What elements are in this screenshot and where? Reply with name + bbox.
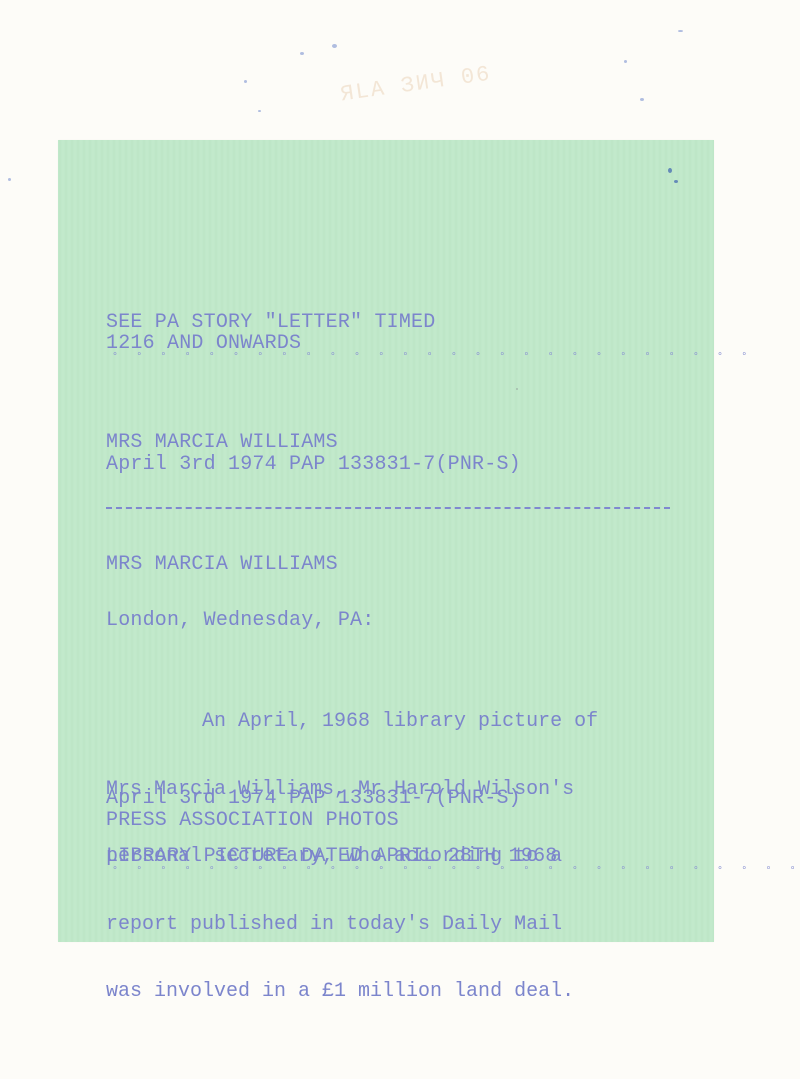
ink-speck: [678, 30, 683, 32]
caption-body-line: An April, 1968 library picture of: [106, 711, 598, 734]
header-line-1: SEE PA STORY "LETTER" TIMED: [106, 312, 435, 334]
library-note: LIBRARY PICTURE DATED APRIL 28TH 1968: [106, 846, 557, 868]
ink-speck: [674, 180, 678, 183]
caption-slip: SEE PA STORY "LETTER" TIMED 1216 AND ONW…: [58, 140, 714, 942]
header-dots-divider: ° ° ° ° ° ° ° ° ° ° ° ° ° ° ° ° ° ° ° ° …: [112, 352, 753, 363]
caption-body-line: was involved in a £1 million land deal.: [106, 981, 598, 1004]
caption-dateline: London, Wednesday, PA:: [106, 610, 374, 632]
caption-reference: April 3rd 1974 PAP 133831-7(PNR-S): [106, 788, 521, 810]
ink-speck: [244, 80, 247, 83]
ink-speck: [300, 52, 304, 55]
agency-credit: PRESS ASSOCIATION PHOTOS: [106, 810, 399, 832]
ink-speck: [640, 98, 644, 101]
footer-dots-divider: ° ° ° ° ° ° ° ° ° ° ° ° ° ° ° ° ° ° ° ° …: [112, 866, 800, 877]
caption-body-line: report published in today's Daily Mail: [106, 914, 598, 937]
faint-date-stamp: ЯLA ЗИЧ 06: [339, 62, 493, 108]
caption-title: MRS MARCIA WILLIAMS: [106, 554, 338, 576]
ink-speck: [668, 168, 672, 173]
ink-speck: [332, 44, 337, 48]
dashed-divider: [106, 507, 670, 509]
ink-speck: [516, 388, 518, 390]
summary-name: MRS MARCIA WILLIAMS: [106, 432, 338, 454]
ink-speck: [8, 178, 11, 181]
ink-speck: [258, 110, 261, 112]
summary-reference: April 3rd 1974 PAP 133831-7(PNR-S): [106, 454, 521, 476]
ink-speck: [624, 60, 627, 63]
